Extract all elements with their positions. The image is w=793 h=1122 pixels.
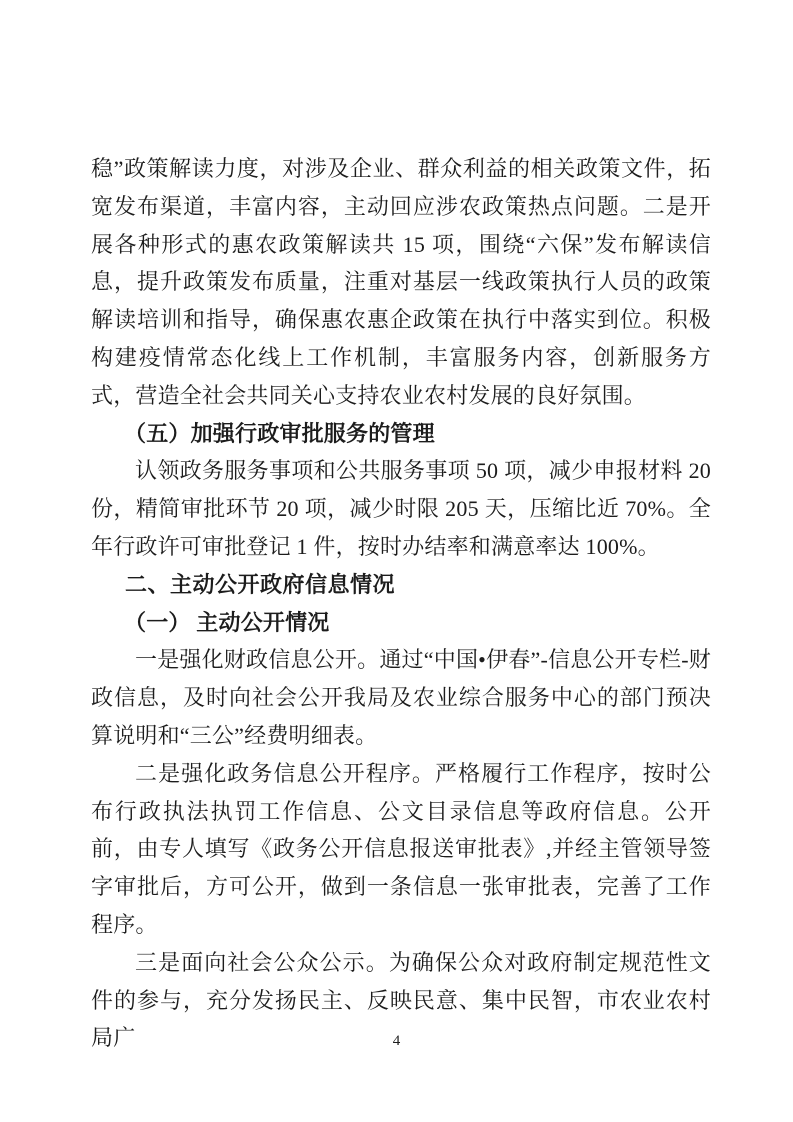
heading-section-5-admin-approval: （五）加强行政审批服务的管理 <box>91 415 711 453</box>
document-body: 稳”政策解读力度，对涉及企业、群众利益的相关政策文件，拓宽发布渠道，丰富内容，主… <box>91 150 711 1057</box>
paragraph-disclosure-procedure: 二是强化政务信息公开程序。严格履行工作程序，按时公布行政执法执罚工作信息、公文目… <box>91 755 711 944</box>
page-number: 4 <box>0 1033 793 1050</box>
paragraph-fiscal-info-disclosure: 一是强化财政信息公开。通过“中国•伊春”-信息公开专栏-财政信息，及时向社会公开… <box>91 641 711 754</box>
paragraph-admin-approval-stats: 认领政务服务事项和公共服务事项 50 项，减少申报材料 20 份，精简审批环节 … <box>91 452 711 565</box>
paragraph-policy-interpretation: 稳”政策解读力度，对涉及企业、群众利益的相关政策文件，拓宽发布渠道，丰富内容，主… <box>91 150 711 415</box>
heading-part-2-proactive-disclosure: 二、主动公开政府信息情况 <box>91 566 711 604</box>
document-page: 稳”政策解读力度，对涉及企业、群众利益的相关政策文件，拓宽发布渠道，丰富内容，主… <box>0 0 793 1122</box>
heading-section-1-disclosure-status: （一） 主动公开情况 <box>91 604 711 642</box>
